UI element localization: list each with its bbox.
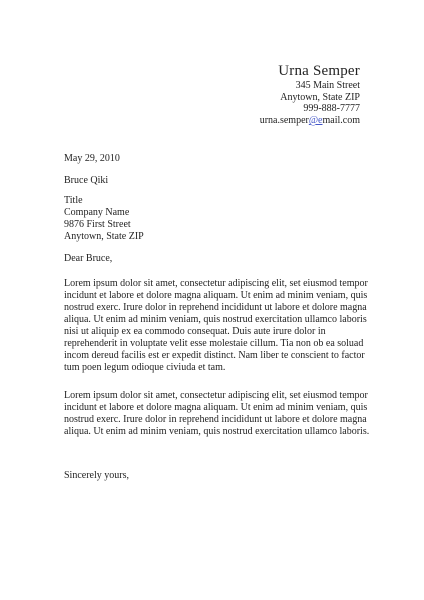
sender-address-line-1: 345 Main Street	[0, 80, 360, 92]
sender-email: urna.semper@email.com	[0, 115, 360, 127]
closing-line: Sincerely yours,	[64, 470, 394, 482]
date-line: May 29, 2010	[64, 153, 394, 165]
email-suffix: mail.com	[323, 115, 361, 126]
body-paragraph-2: Lorem ipsum dolor sit amet, consectetur …	[64, 390, 394, 438]
email-prefix: urna.semper	[260, 115, 309, 126]
recipient-address-block: Title Company Name 9876 First Street Any…	[64, 195, 394, 243]
sender-name: Urna Semper	[0, 63, 360, 80]
email-link[interactable]: @e	[309, 115, 323, 126]
recipient-name: Bruce Qiki	[64, 175, 394, 187]
salutation: Dear Bruce,	[64, 253, 394, 265]
letter-body: May 29, 2010 Bruce Qiki Title Company Na…	[0, 153, 424, 482]
sender-address-line-2: Anytown, State ZIP	[0, 92, 360, 104]
body-paragraph-1: Lorem ipsum dolor sit amet, consectetur …	[64, 278, 394, 374]
sender-phone: 999-888-7777	[0, 103, 360, 115]
letter-page: Urna Semper 345 Main Street Anytown, Sta…	[0, 0, 424, 600]
sender-block: Urna Semper 345 Main Street Anytown, Sta…	[0, 63, 424, 127]
